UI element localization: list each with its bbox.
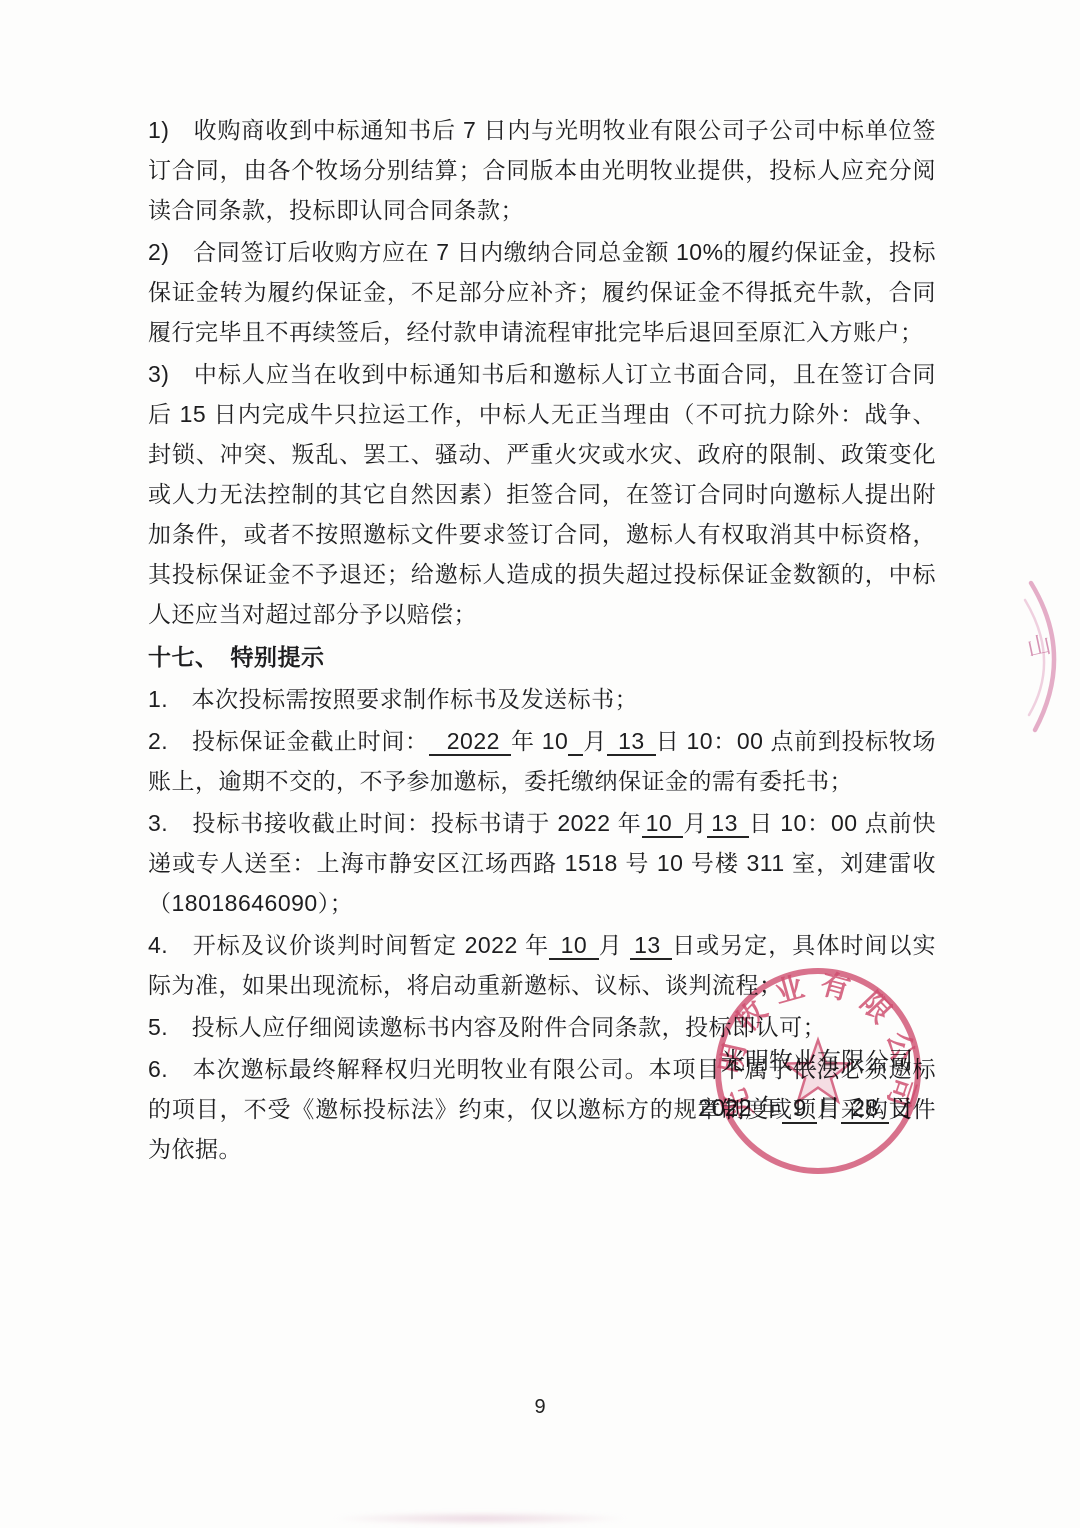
text-segment: 月 — [683, 810, 707, 836]
clause-2: 2) 合同签订后收购方应在 7 日内缴纳合同总金额 10%的履约保证金，投标保证… — [148, 232, 936, 352]
page-number: 9 — [0, 1396, 1080, 1419]
text-segment: 4. 开标及议价谈判时间暂定 2022 年 — [148, 932, 549, 958]
text-segment: 年 10 — [511, 728, 568, 754]
text-segment: 月 — [599, 932, 630, 958]
text-segment: 3) 中标人应当在收到中标通知书后和邀标人订立书面合同，且在签订合同后 15 日… — [148, 361, 936, 627]
item-1: 1. 本次投标需按照要求制作标书及发送标书； — [148, 679, 936, 719]
text-segment: 13 — [630, 932, 672, 960]
item-3: 3. 投标书接收截止时间：投标书请于 2022 年10 月13 日 10：00 … — [148, 803, 936, 923]
clause-3: 3) 中标人应当在收到中标通知书后和邀标人订立书面合同，且在签订合同后 15 日… — [148, 354, 936, 634]
text-segment: 2. 投标保证金截止时间： — [148, 728, 429, 754]
text-segment: 1. 本次投标需按照要求制作标书及发送标书； — [148, 686, 638, 712]
text-segment: 2022 — [429, 728, 511, 756]
text-segment: 13 — [607, 728, 656, 756]
text-segment: 月 — [583, 728, 607, 754]
partial-edge-stamp: 山 — [985, 555, 1080, 845]
company-seal-stamp: 光明牧业有限公司 — [700, 953, 936, 1189]
text-segment — [568, 728, 583, 756]
text-segment: 十七、 特别提示 — [148, 644, 325, 670]
section-heading: 十七、 特别提示 — [148, 637, 936, 677]
text-segment: 3. 投标书接收截止时间：投标书请于 2022 年 — [148, 810, 642, 836]
text-segment: 2) 合同签订后收购方应在 7 日内缴纳合同总金额 10%的履约保证金，投标保证… — [148, 239, 936, 345]
text-segment: 10 — [549, 932, 598, 960]
document-page: 1) 收购商收到中标通知书后 7 日内与光明牧业有限公司子公司中标单位签订合同，… — [0, 0, 1080, 1528]
text-segment: 1) 收购商收到中标通知书后 7 日内与光明牧业有限公司子公司中标单位签订合同，… — [148, 117, 936, 223]
text-segment: 10 — [642, 810, 684, 838]
seal-star-icon — [786, 1040, 851, 1102]
text-segment: 13 — [707, 810, 749, 838]
clause-1: 1) 收购商收到中标通知书后 7 日内与光明牧业有限公司子公司中标单位签订合同，… — [148, 110, 936, 230]
edge-stamp-char: 山 — [1024, 631, 1053, 662]
scan-smudge — [330, 1512, 630, 1525]
item-2: 2. 投标保证金截止时间： 2022 年 10 月 13 日 10：00 点前到… — [148, 721, 936, 801]
